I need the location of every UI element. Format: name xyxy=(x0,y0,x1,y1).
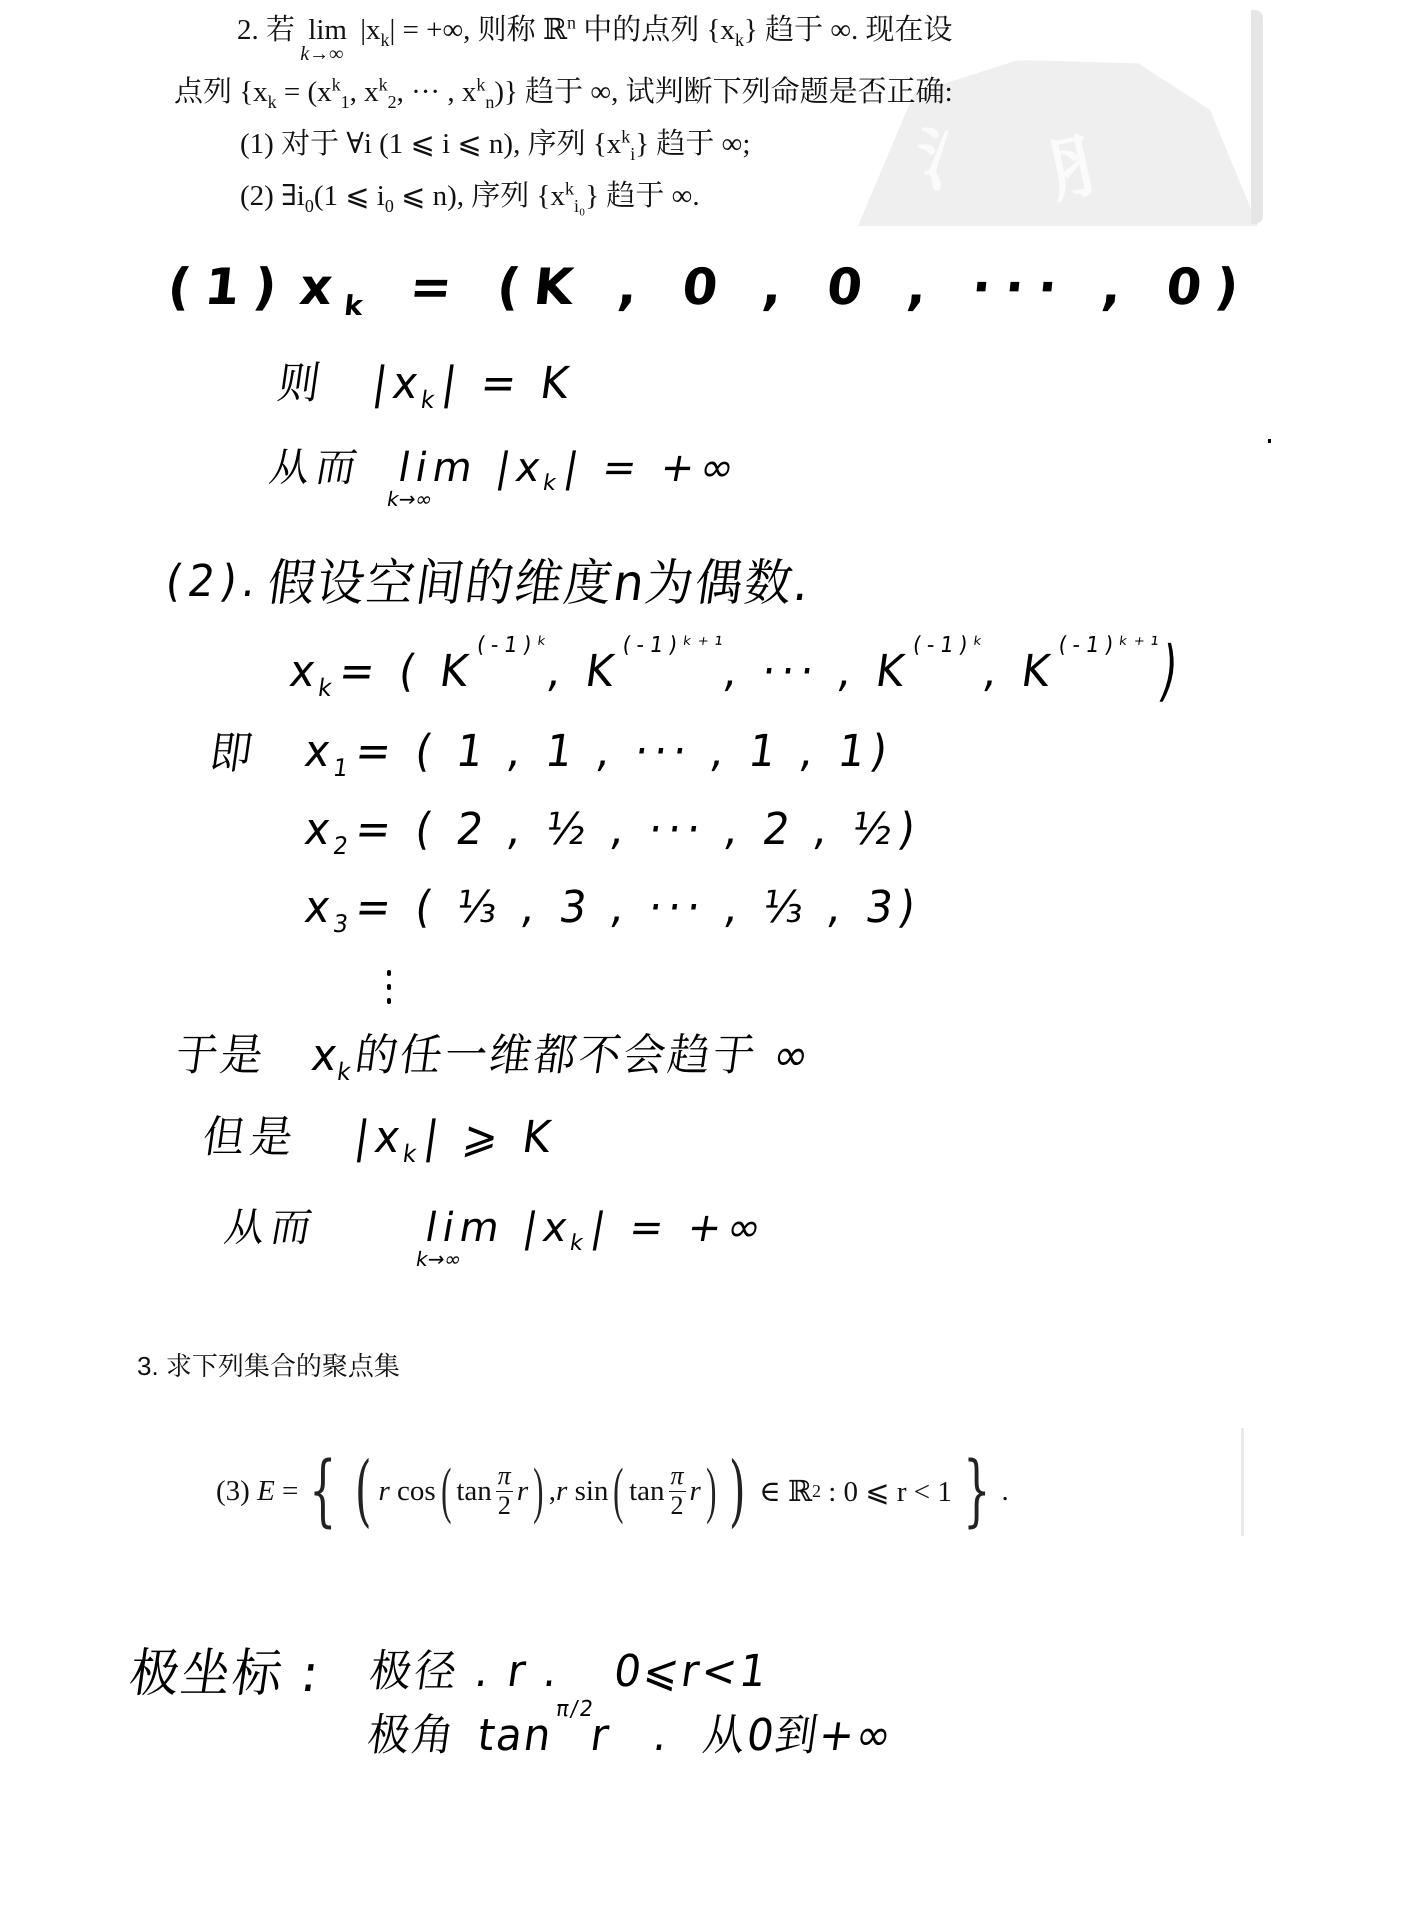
problem-2-statement-2: (2) ∃i0(1 ⩽ i0 ⩽ n), 序列 {xki₀} 趋于 ∞. xyxy=(240,182,700,211)
expr: |x xyxy=(360,14,380,46)
part-1-definition: xk = (K , 0 , 0 , ··· , 0) xyxy=(297,262,1255,312)
subscript: k xyxy=(268,92,277,112)
subscript: k xyxy=(343,290,379,322)
var: r xyxy=(556,1475,567,1508)
part-2-label: (2). xyxy=(163,560,264,604)
problem-3-formula: (3) E = { ( r cos ( tan π2 r ) , r sin (… xyxy=(216,1455,1009,1527)
func: cos xyxy=(397,1475,436,1508)
var: r xyxy=(378,1475,389,1508)
expr: | = +∞ xyxy=(560,445,743,491)
superscript: k xyxy=(379,74,388,94)
problem-3-heading: 3. 求下列集合的聚点集 xyxy=(137,1346,400,1383)
punctuation: . xyxy=(650,1710,672,1761)
right-paren: ) xyxy=(533,1460,543,1522)
text: 若 xyxy=(266,14,295,46)
text: } 趋于 ∞. xyxy=(585,180,699,212)
stray-ink-dot xyxy=(1268,439,1271,443)
right-paren: ) xyxy=(728,1452,745,1530)
range: 从0到+∞ xyxy=(700,1710,897,1761)
text: , x xyxy=(350,76,379,108)
membership: ∈ ℝ xyxy=(759,1474,812,1509)
expr: , ··· , K xyxy=(721,646,913,697)
subscript: 3 xyxy=(331,910,355,938)
equals: = xyxy=(282,1475,298,1508)
condition: : 0 ⩽ r < 1 xyxy=(828,1474,952,1509)
label: 但是 xyxy=(199,1112,301,1163)
watermark-glyph: ⺼ xyxy=(1038,104,1127,217)
polar-angle: 极角 tanπ/2r . 从0到+∞ xyxy=(365,1714,896,1758)
part-2-conclusion: 从而 limk→∞ |xk| = +∞ xyxy=(221,1208,770,1248)
superscript: k xyxy=(332,74,341,94)
left-brace: { xyxy=(310,1452,337,1530)
text: 点列 {x xyxy=(174,76,268,108)
label: 于是 xyxy=(172,1030,268,1081)
text: )} 趋于 ∞, 试判断下列命题是否正确: xyxy=(494,76,952,108)
func: sin xyxy=(575,1475,609,1508)
expr: | = +∞, 则称 ℝ xyxy=(389,14,567,46)
limit-operator: limk→∞ xyxy=(422,1205,509,1251)
exponent: (-1)ᵏ⁺¹ xyxy=(1057,633,1166,658)
limit-operator: limk→∞ xyxy=(395,445,482,491)
denominator: 2 xyxy=(498,1492,511,1521)
subscript: k xyxy=(735,30,744,50)
text: ⩽ n), 序列 {x xyxy=(394,180,565,212)
problem-2-line-2: 点列 {xk = (xk1, xk2, ··· , xkn)} 趋于 ∞, 试判… xyxy=(174,78,953,107)
expr: |x xyxy=(351,1112,408,1163)
expr: = ( 1 , 1 , ··· , 1 , 1) xyxy=(352,726,896,777)
part-1-then: 则 |xk| = K xyxy=(275,362,577,406)
subscript: 0 xyxy=(305,196,314,216)
expr: | ⩾ K xyxy=(421,1112,560,1163)
denominator: 2 xyxy=(671,1492,684,1521)
lim-subscript: k→∞ xyxy=(385,489,434,509)
part-1-label: (1) xyxy=(165,262,293,312)
vertical-ellipsis xyxy=(386,966,392,1016)
expr: , K xyxy=(980,646,1058,697)
subscript: k xyxy=(568,1231,591,1256)
numerator: π xyxy=(496,1462,513,1492)
problem-2-statement-1: (1) 对于 ∀i (1 ⩽ i ⩽ n), 序列 {xki} 趋于 ∞; xyxy=(240,130,750,159)
subscript: i₀ xyxy=(574,196,585,216)
fraction: π/2 xyxy=(554,1697,596,1722)
expr: |x xyxy=(369,358,426,409)
subscript: k xyxy=(316,674,339,702)
label: 从而 xyxy=(221,1205,321,1251)
left-paren: ( xyxy=(441,1460,451,1522)
printed-problem-2: ⺡ ⺼ 2. 若 limk→∞ |xk| = +∞, 则称 ℝn 中的点列 {x… xyxy=(0,0,1265,226)
lim-subscript: k→∞ xyxy=(414,1249,463,1269)
label: 极径 . r . xyxy=(366,1646,563,1697)
var: r xyxy=(517,1475,528,1508)
func: tan xyxy=(629,1475,664,1508)
text: 的任一维都不会趋于 ∞ xyxy=(352,1030,815,1081)
part-2-ie-label: 即 xyxy=(207,732,261,776)
subscript: k xyxy=(401,1140,424,1168)
expr: = ( 2 , ½ , ··· , 2 , ½) xyxy=(352,804,924,855)
right-brace: } xyxy=(963,1452,990,1530)
subscript: 1 xyxy=(331,754,355,782)
superscript: k xyxy=(476,74,485,94)
label: 从而 xyxy=(266,445,366,491)
limit-operator: limk→∞ xyxy=(308,16,347,45)
watermark-glyph: ⺡ xyxy=(908,94,997,207)
func: tan xyxy=(456,1475,491,1508)
subscript: k xyxy=(541,471,564,496)
problem-number: 2. xyxy=(237,14,259,46)
subscript: n xyxy=(485,92,494,112)
fraction: π2 xyxy=(669,1462,686,1520)
lim-text: lim xyxy=(395,445,482,491)
text: (2) ∃i xyxy=(240,180,305,212)
part-2-thus: 于是 xk的任一维都不会趋于 ∞ xyxy=(173,1034,814,1078)
expr: = ( K xyxy=(336,646,477,697)
polar-radius: 极径 . r . 0⩽r<1 xyxy=(367,1650,772,1694)
text: } 趋于 ∞; xyxy=(635,128,750,160)
separator: , xyxy=(549,1475,556,1508)
expr: , K xyxy=(544,646,622,697)
subscript: k xyxy=(419,386,442,414)
left-paren: ( xyxy=(614,1460,624,1522)
problem-2-line-1: 2. 若 limk→∞ |xk| = +∞, 则称 ℝn 中的点列 {xk} 趋… xyxy=(237,16,953,45)
superscript: n xyxy=(567,12,576,32)
part-2-assumption: 假设空间的维度n为偶数. xyxy=(264,558,814,608)
image-edge-line xyxy=(1241,1428,1244,1536)
text: 中的点列 {x xyxy=(576,14,735,46)
var: r xyxy=(690,1475,701,1508)
expr: | = +∞ xyxy=(587,1205,770,1251)
text: = (x xyxy=(277,76,332,108)
text: , ··· , x xyxy=(397,76,477,108)
exponent: (-1)ᵏ xyxy=(911,633,989,658)
part-2-definition: xk= ( K(-1)ᵏ, K(-1)ᵏ⁺¹, ··· , K(-1)ᵏ, K(… xyxy=(287,650,1185,694)
sequence-x3: x3= ( ⅓ , 3 , ··· , ⅓ , 3) xyxy=(302,886,923,930)
var: x xyxy=(297,258,349,316)
expr: = ( ⅓ , 3 , ··· , ⅓ , 3) xyxy=(352,882,924,933)
superscript: k xyxy=(621,126,630,146)
subscript: 1 xyxy=(341,92,350,112)
expr: = (K , 0 , 0 , ··· , 0) xyxy=(407,258,1255,316)
exponent: (-1)ᵏ⁺¹ xyxy=(621,633,730,658)
text: (1 ⩽ i xyxy=(314,180,385,212)
lim-subscript: k→∞ xyxy=(300,44,343,64)
exponent: (-1)ᵏ xyxy=(475,633,553,658)
left-paren: ( xyxy=(355,1452,372,1530)
expr: |x xyxy=(520,1205,577,1251)
expr: |x xyxy=(493,445,550,491)
func: tan xyxy=(475,1710,556,1761)
lim-text: lim xyxy=(308,14,347,46)
set-name: E xyxy=(257,1475,275,1508)
part-2-but: 但是 |xk| ⩾ K xyxy=(200,1116,559,1160)
expr: | = K xyxy=(439,358,578,409)
fraction: π2 xyxy=(496,1462,513,1520)
sequence-x1: x1= ( 1 , 1 , ··· , 1 , 1) xyxy=(302,730,896,774)
sequence-x2: x2= ( 2 , ½ , ··· , 2 , ½) xyxy=(302,808,923,852)
superscript: k xyxy=(565,178,574,198)
text: } 趋于 ∞. 现在设 xyxy=(744,14,953,46)
label: 极角 xyxy=(364,1710,459,1761)
range: 0⩽r<1 xyxy=(611,1646,773,1697)
label: 则 xyxy=(274,358,329,409)
item-label: (3) xyxy=(216,1475,250,1508)
lim-text: lim xyxy=(422,1205,509,1251)
period: . xyxy=(1002,1475,1009,1508)
right-paren: ) xyxy=(706,1460,716,1522)
image-edge-shadow xyxy=(1251,10,1263,224)
subscript: 2 xyxy=(388,92,397,112)
subscript: 0 xyxy=(385,196,394,216)
text: (1) 对于 ∀i (1 ⩽ i ⩽ n), 序列 {x xyxy=(240,128,621,160)
part-1-conclusion: 从而 limk→∞ |xk| = +∞ xyxy=(266,448,743,488)
subscript: 2 xyxy=(331,832,355,860)
polar-coordinates-label: 极坐标 : xyxy=(126,1648,323,1700)
numerator: π xyxy=(669,1462,686,1492)
